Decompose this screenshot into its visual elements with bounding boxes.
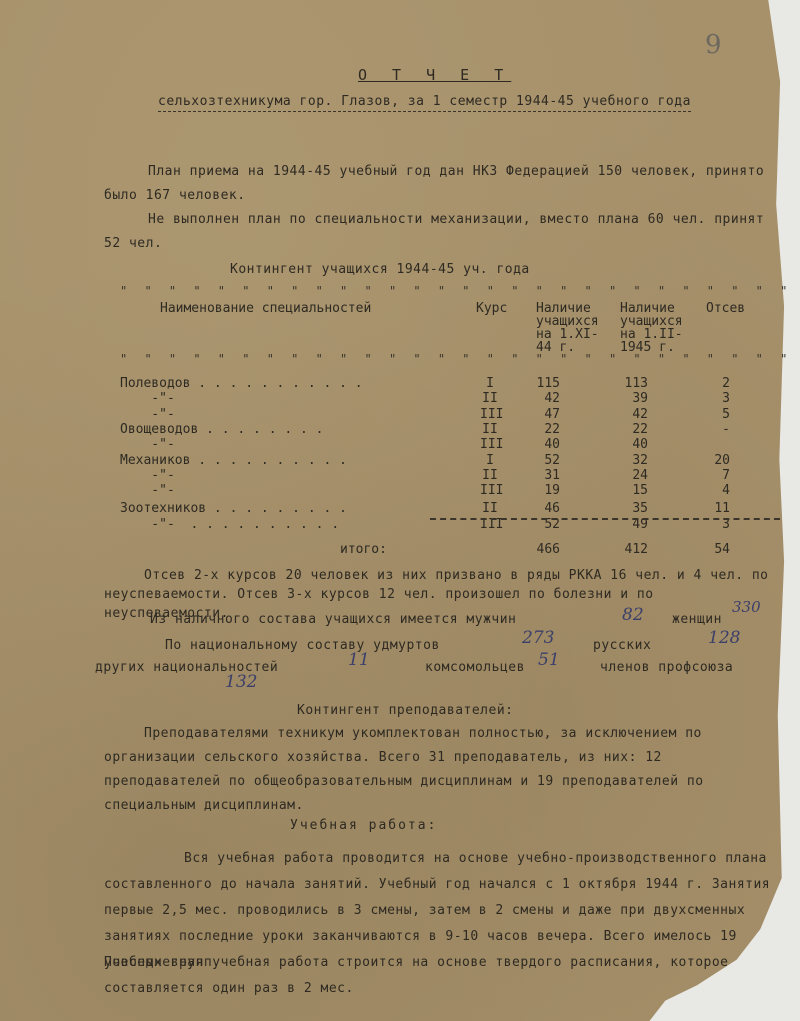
other-nationalities-count: 11 <box>348 650 370 670</box>
specialty-cell: Зоотехников . . . . . . . . . <box>120 501 347 516</box>
course-cell: I <box>480 376 500 391</box>
course-cell: II <box>480 501 500 516</box>
teachers-heading: Контингент преподавателей: <box>297 703 514 718</box>
start-count-cell: 31 <box>520 468 560 483</box>
start-count-cell: 42 <box>520 391 560 406</box>
total-start: 466 <box>520 542 560 557</box>
study-work-text-2: Повседневная учебная работа строится на … <box>104 950 784 1002</box>
students-table-title: Контингент учащихся 1944-45 уч. года <box>230 262 530 277</box>
course-cell: II <box>480 422 500 437</box>
total-separator <box>430 518 780 520</box>
women-label: женщин <box>672 612 722 627</box>
course-cell: II <box>480 391 500 406</box>
komsomol-label: комсомольцев <box>425 660 525 675</box>
women-count: 330 <box>732 598 761 616</box>
start-count-cell: 47 <box>520 407 560 422</box>
men-count: 82 <box>622 605 644 625</box>
document-title: О Т Ч Е Т <box>358 66 511 84</box>
komsomol-count: 51 <box>538 650 560 670</box>
document-subtitle: сельхозтехникума гор. Глазов, за 1 семес… <box>158 94 691 112</box>
current-count-cell: 22 <box>608 422 648 437</box>
course-cell: III <box>480 483 500 498</box>
table-row: Зоотехников . . . . . . . . .II463511 <box>120 501 780 516</box>
start-count-cell: 22 <box>520 422 560 437</box>
table-header-rule: " " " " " " " " " " " " " " " " " " " " … <box>120 352 800 366</box>
current-count-cell: 113 <box>608 376 648 391</box>
archive-page-number: 9 <box>705 30 722 60</box>
col-header-dropout: Отсев <box>706 302 745 315</box>
col-header-now: Наличие учащихся на 1.II-1945 г. <box>620 302 698 354</box>
start-count-cell: 40 <box>520 437 560 452</box>
dropout-cell: 20 <box>690 453 730 468</box>
dropout-cell: 3 <box>690 391 730 406</box>
dropout-cell: 7 <box>690 468 730 483</box>
russians-label: русских <box>593 638 651 653</box>
specialty-cell: Овощеводов . . . . . . . . <box>120 422 324 437</box>
specialty-cell: -"- <box>120 407 175 422</box>
dropout-cell: 2 <box>690 376 730 391</box>
current-count-cell: 15 <box>608 483 648 498</box>
teachers-text: Преподавателями техникум укомплектован п… <box>104 722 784 818</box>
dropout-cell: 4 <box>690 483 730 498</box>
russians-count: 128 <box>708 628 740 648</box>
intro-paragraph-2: Не выполнен план по специальности механи… <box>104 208 784 256</box>
nationality-prefix: По национальному составу удмуртов <box>165 638 440 653</box>
study-work-heading: Учебная работа: <box>290 818 437 833</box>
current-count-cell: 24 <box>608 468 648 483</box>
specialty-cell: -"- <box>120 391 175 406</box>
specialty-cell: -"- . . . . . . . . . . <box>120 517 339 532</box>
course-cell: II <box>480 468 500 483</box>
start-count-cell: 46 <box>520 501 560 516</box>
total-dropout: 54 <box>690 542 730 557</box>
start-count-cell: 115 <box>520 376 560 391</box>
total-now: 412 <box>608 542 648 557</box>
dropout-cell: - <box>690 422 730 437</box>
specialty-cell: Механиков . . . . . . . . . . <box>120 453 347 468</box>
course-cell: III <box>480 407 500 422</box>
dropout-cell: 11 <box>690 501 730 516</box>
course-cell: I <box>480 453 500 468</box>
table-row: -"-III4040 <box>120 437 780 452</box>
union-label: членов профсоюза <box>600 660 733 675</box>
specialty-cell: -"- <box>120 483 175 498</box>
current-count-cell: 32 <box>608 453 648 468</box>
dropout-cell: 5 <box>690 407 730 422</box>
table-top-rule: " " " " " " " " " " " " " " " " " " " " … <box>120 284 800 298</box>
current-count-cell: 39 <box>608 391 648 406</box>
course-cell: III <box>480 437 500 452</box>
table-row: -"-II42393 <box>120 391 780 406</box>
table-row: Овощеводов . . . . . . . .II2222- <box>120 422 780 437</box>
col-header-course: Курс <box>476 302 507 315</box>
table-row: -"-II31247 <box>120 468 780 483</box>
start-count-cell: 52 <box>520 453 560 468</box>
table-total-row: итого: 466 412 54 <box>120 542 780 557</box>
total-label: итого: <box>340 542 387 557</box>
specialty-cell: -"- <box>120 468 175 483</box>
start-count-cell: 19 <box>520 483 560 498</box>
col-header-start: Наличие учащихся на 1.XI-44 г. <box>536 302 606 354</box>
gender-line-prefix: Из наличного состава учащихся имеется му… <box>150 612 516 627</box>
union-count: 132 <box>225 672 257 692</box>
table-row: -"-III19154 <box>120 483 780 498</box>
specialty-cell: -"- <box>120 437 175 452</box>
current-count-cell: 42 <box>608 407 648 422</box>
table-row: Механиков . . . . . . . . . .I523220 <box>120 453 780 468</box>
col-header-specialty: Наименование специальностей <box>160 302 371 315</box>
current-count-cell: 35 <box>608 501 648 516</box>
udmurts-count: 273 <box>522 628 554 648</box>
current-count-cell: 40 <box>608 437 648 452</box>
intro-paragraph-1: План приема на 1944-45 учебный год дан Н… <box>104 160 784 208</box>
table-row: Полеводов . . . . . . . . . . .I1151132 <box>120 376 780 391</box>
table-row: -"-III47425 <box>120 407 780 422</box>
specialty-cell: Полеводов . . . . . . . . . . . <box>120 376 363 391</box>
